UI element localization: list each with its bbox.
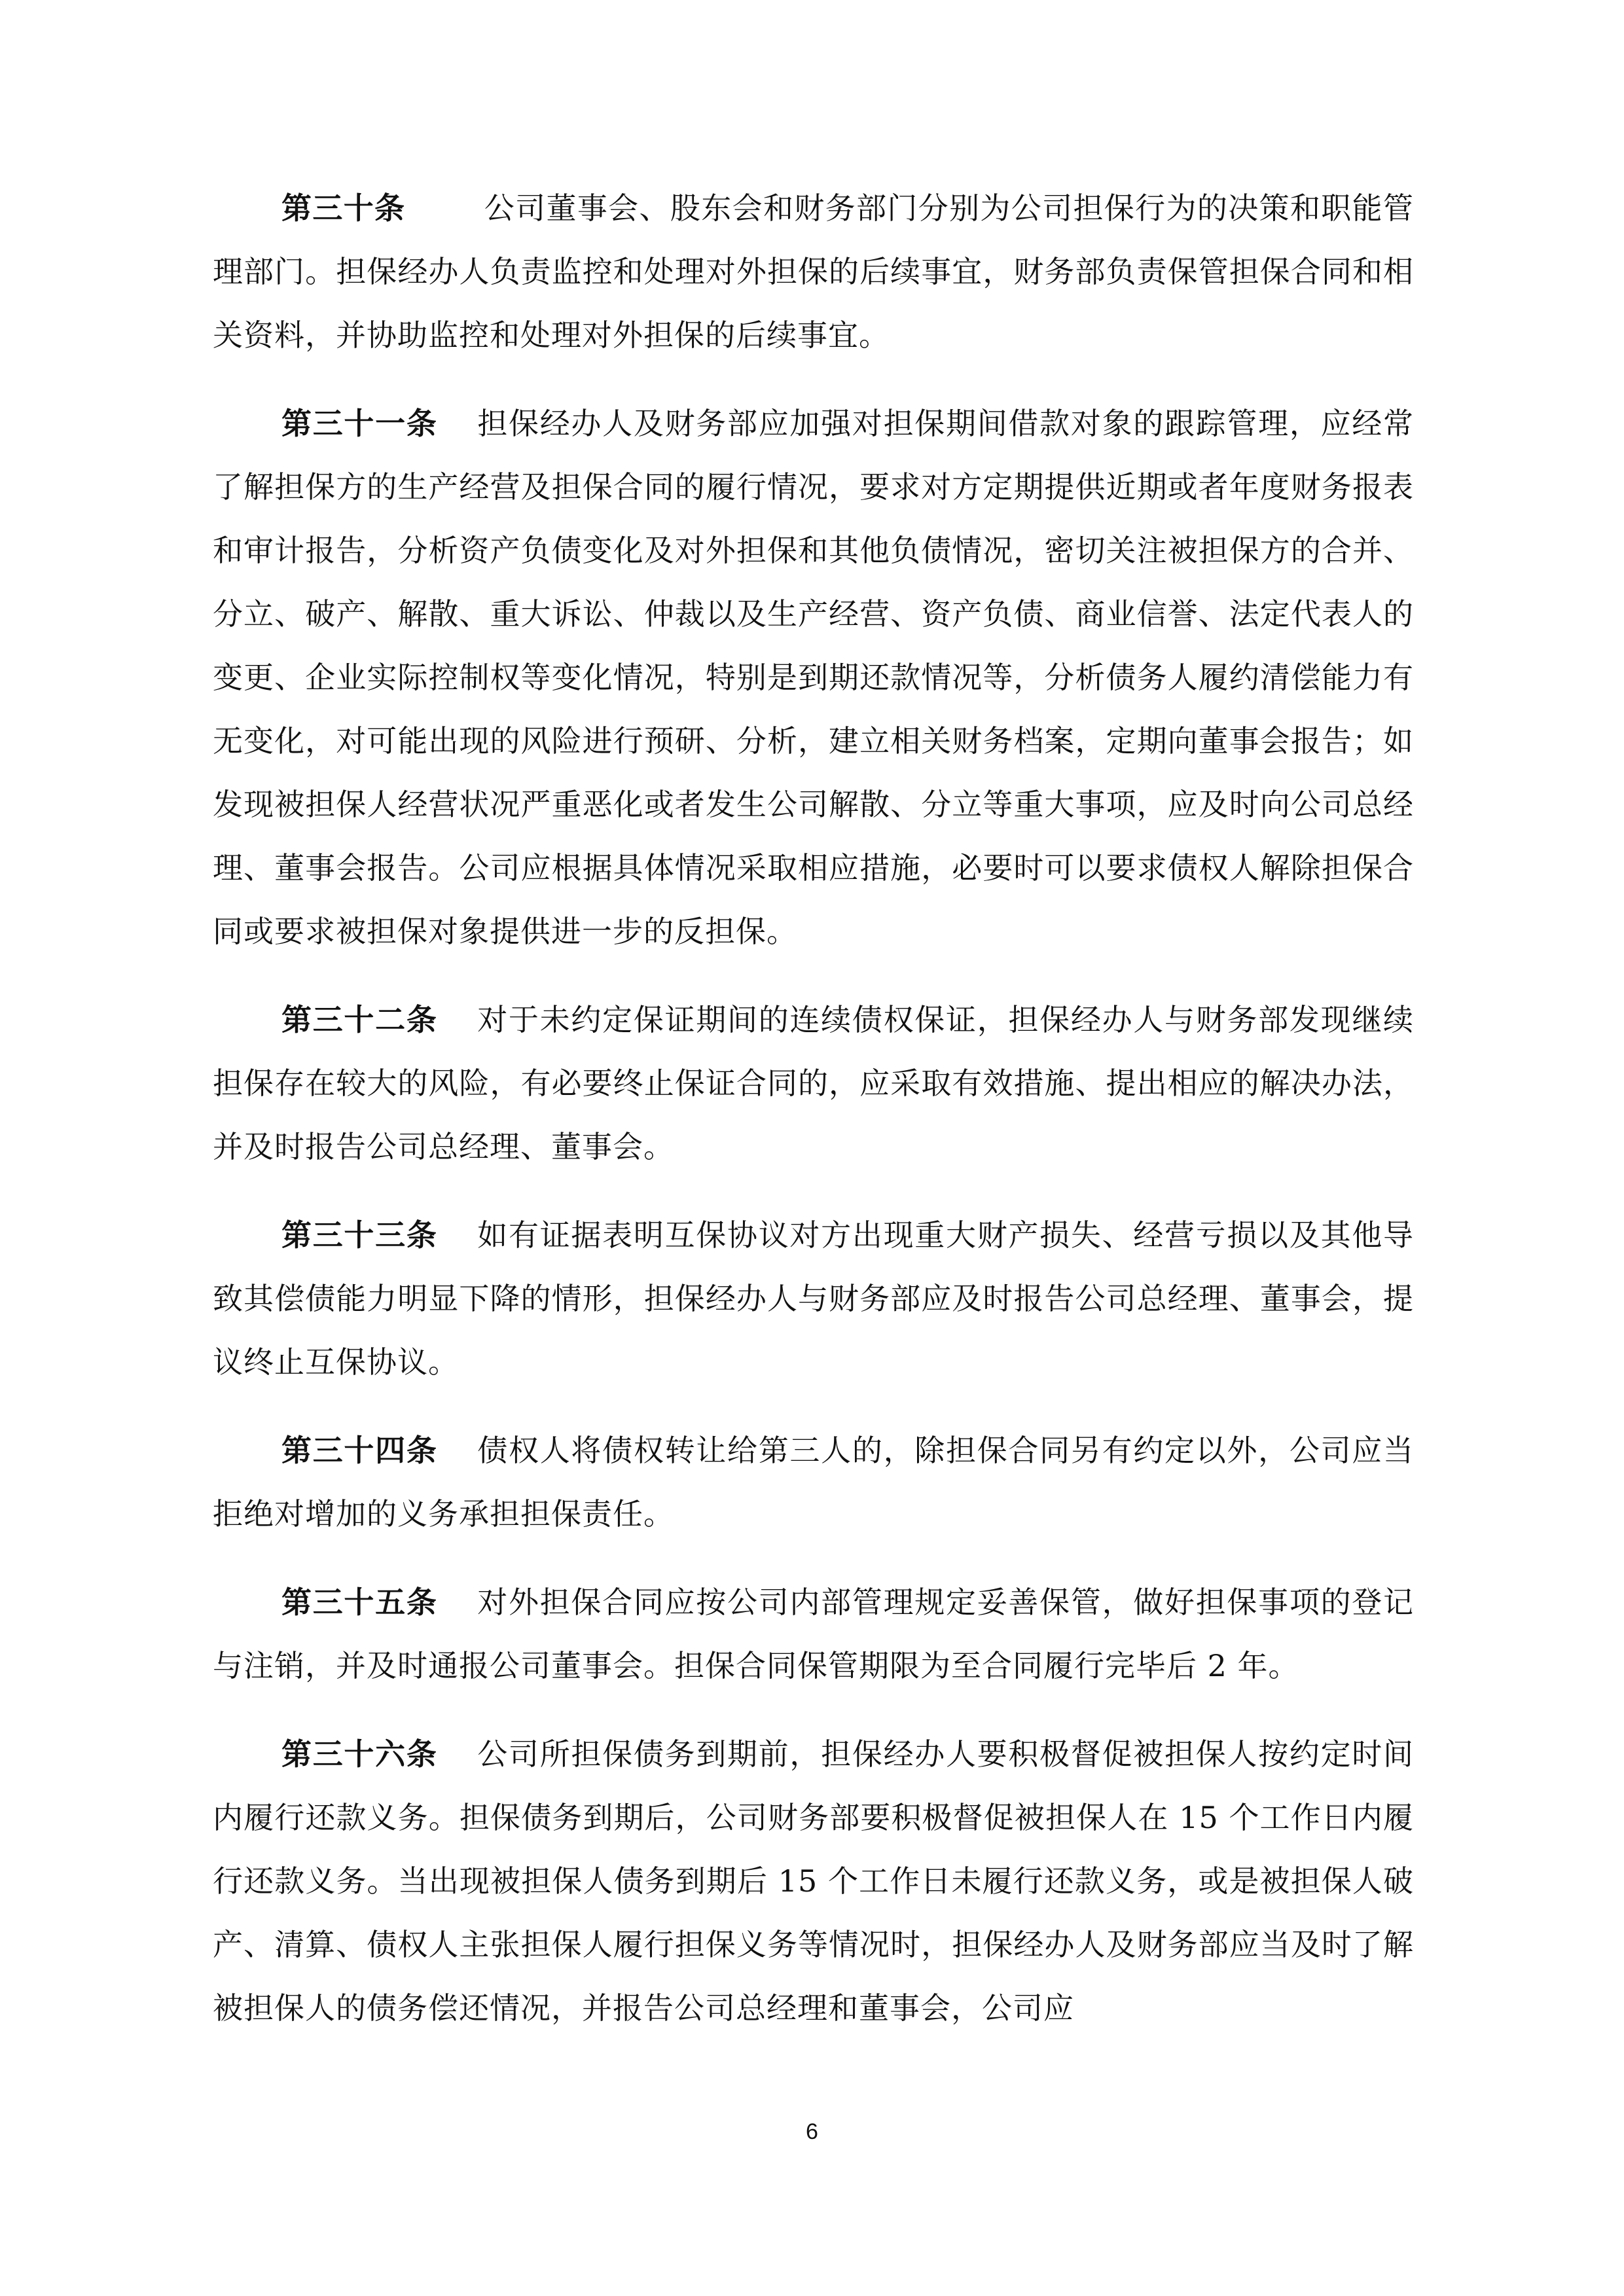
article-32: 第三十二条对于未约定保证期间的连续债权保证，担保经办人与财务部发现继续担保存在较… bbox=[213, 988, 1414, 1179]
article-number: 第三十三条 bbox=[281, 1217, 438, 1253]
article-text: 担保经办人及财务部应加强对担保期间借款对象的跟踪管理，应经常了解担保方的生产经营… bbox=[213, 406, 1414, 949]
article-number: 第三十条 bbox=[281, 190, 405, 226]
article-number: 第三十六条 bbox=[281, 1736, 438, 1772]
article-34: 第三十四条债权人将债权转让给第三人的，除担保合同另有约定以外，公司应当拒绝对增加… bbox=[213, 1419, 1414, 1546]
article-33: 第三十三条如有证据表明互保协议对方出现重大财产损失、经营亏损以及其他导致其偿债能… bbox=[213, 1204, 1414, 1394]
document-page: 第三十条公司董事会、股东会和财务部门分别为公司担保行为的决策和职能管理部门。担保… bbox=[0, 0, 1624, 2296]
article-text: 公司所担保债务到期前，担保经办人要积极督促被担保人按约定时间内履行还款义务。担保… bbox=[213, 1736, 1414, 2026]
article-31: 第三十一条担保经办人及财务部应加强对担保期间借款对象的跟踪管理，应经常了解担保方… bbox=[213, 392, 1414, 963]
article-30: 第三十条公司董事会、股东会和财务部门分别为公司担保行为的决策和职能管理部门。担保… bbox=[213, 177, 1414, 367]
article-number: 第三十五条 bbox=[281, 1585, 438, 1620]
article-35: 第三十五条对外担保合同应按公司内部管理规定妥善保管，做好担保事项的登记与注销，并… bbox=[213, 1571, 1414, 1698]
article-number: 第三十一条 bbox=[281, 406, 438, 441]
page-number: 6 bbox=[0, 2119, 1624, 2145]
article-36: 第三十六条公司所担保债务到期前，担保经办人要积极督促被担保人按约定时间内履行还款… bbox=[213, 1723, 1414, 2040]
document-body: 第三十条公司董事会、股东会和财务部门分别为公司担保行为的决策和职能管理部门。担保… bbox=[213, 177, 1414, 2065]
article-number: 第三十四条 bbox=[281, 1433, 438, 1468]
article-number: 第三十二条 bbox=[281, 1002, 438, 1037]
